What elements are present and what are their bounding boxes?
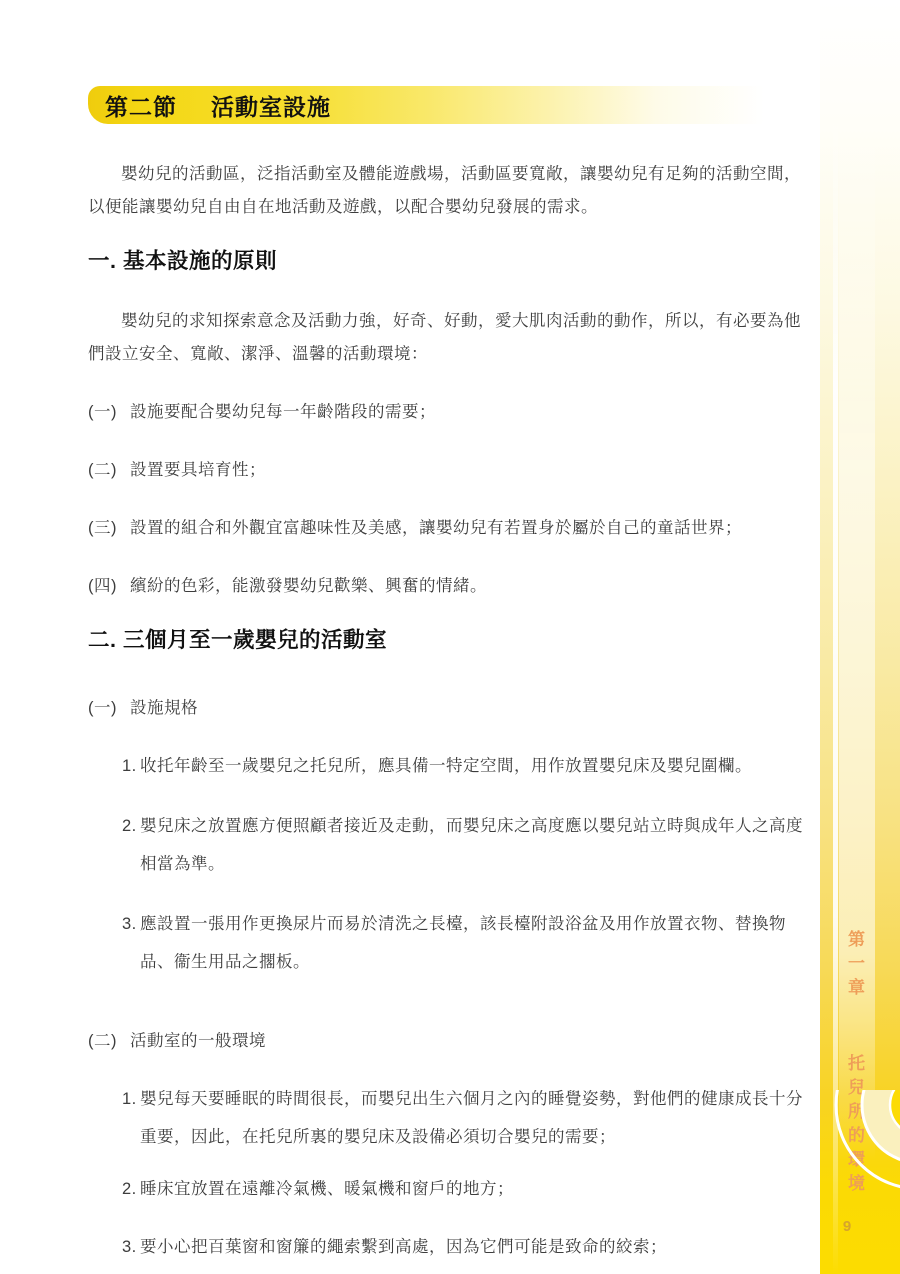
item-text: 嬰兒每天要睡眠的時間很長，而嬰兒出生六個月之內的睡覺姿勢，對他們的健康成長十分重… <box>140 1090 803 1146</box>
item-text: 要小心把百葉窗和窗簾的繩索繫到高處，因為它們可能是致命的絞索； <box>140 1238 667 1256</box>
list-item-text: 設施要配合嬰幼兒每一年齡階段的需要； <box>130 403 436 421</box>
item-number: 1. <box>122 1080 137 1118</box>
section-1-intro: 嬰幼兒的求知探索意念及活動力強，好奇、好動，愛大肌肉活動的動作，所以，有必要為他… <box>88 305 815 371</box>
list-item-label: (四) <box>88 570 117 603</box>
numbered-item: 1. 嬰兒每天要睡眠的時間很長，而嬰兒出生六個月之內的睡覺姿勢，對他們的健康成長… <box>88 1080 815 1156</box>
main-content: 嬰幼兒的活動區，泛指活動室及體能遊戲場，活動區要寬敞，讓嬰幼兒有足夠的活動空間，… <box>88 124 815 1266</box>
list-item: (四) 繽紛的色彩，能激發嬰幼兒歡樂、興奮的情緒。 <box>88 570 815 603</box>
list-item-text: 設置的組合和外觀宜富趣味性及美感，讓嬰幼兒有若置身於屬於自己的童話世界； <box>130 519 742 537</box>
numbered-item: 2. 嬰兒床之放置應方便照顧者接近及走動，而嬰兒床之高度應以嬰兒站立時與成年人之… <box>88 807 815 883</box>
document-page: 第一章 托兒所的環境 9 第二節 活動室設施 嬰幼兒的活動區，泛指活動室及體能遊… <box>0 0 900 1274</box>
item-number: 3. <box>122 905 137 943</box>
item-text: 睡床宜放置在遠離冷氣機、暖氣機和窗戶的地方； <box>140 1180 514 1198</box>
subsection-title: 活動室的一般環境 <box>130 1032 266 1050</box>
sidebar-stripe <box>833 0 838 1274</box>
list-item-label: (一) <box>88 396 117 429</box>
item-number: 1. <box>122 747 137 785</box>
subsection-label: (二) <box>88 1025 117 1058</box>
numbered-item: 1. 收托年齡至一歲嬰兒之托兒所，應具備一特定空間，用作放置嬰兒床及嬰兒圍欄。 <box>88 747 815 785</box>
section-label: 第二節 <box>105 89 177 122</box>
list-item: (二) 設置要具培育性； <box>88 454 815 487</box>
subsection-label: (一) <box>88 692 117 725</box>
item-text: 收托年齡至一歲嬰兒之托兒所，應具備一特定空間，用作放置嬰兒床及嬰兒圍欄。 <box>140 757 752 775</box>
list-item-label: (三) <box>88 512 117 545</box>
page-number: 9 <box>837 1218 857 1235</box>
section-1-heading: 一. 基本設施的原則 <box>88 244 815 275</box>
subsection-heading: (二) 活動室的一般環境 <box>88 1025 815 1058</box>
numbered-item: 3. 要小心把百葉窗和窗簾的繩索繫到高處，因為它們可能是致命的絞索； <box>88 1228 815 1266</box>
subsection-title: 設施規格 <box>130 699 198 717</box>
item-number: 3. <box>122 1228 137 1266</box>
section-2-heading: 二. 三個月至一歲嬰兒的活動室 <box>88 623 815 654</box>
chapter-number: 第一章 <box>845 930 864 1002</box>
corner-swoosh-decoration <box>820 1090 900 1274</box>
section-title: 活動室設施 <box>211 89 331 122</box>
section-banner: 第二節 活動室設施 <box>88 86 764 124</box>
list-item-text: 繽紛的色彩，能激發嬰幼兒歡樂、興奮的情緒。 <box>130 577 487 595</box>
item-text: 應設置一張用作更換尿片而易於清洗之長檯，該長檯附設浴盆及用作放置衣物、替換物品、… <box>140 915 786 971</box>
intro-paragraph: 嬰幼兒的活動區，泛指活動室及體能遊戲場，活動區要寬敞，讓嬰幼兒有足夠的活動空間，… <box>88 158 815 224</box>
list-item-label: (二) <box>88 454 117 487</box>
list-item: (三) 設置的組合和外觀宜富趣味性及美感，讓嬰幼兒有若置身於屬於自己的童話世界； <box>88 512 815 545</box>
item-number: 2. <box>122 807 137 845</box>
list-item: (一) 設施要配合嬰幼兒每一年齡階段的需要； <box>88 396 815 429</box>
subsection-heading: (一) 設施規格 <box>88 692 815 725</box>
numbered-item: 3. 應設置一張用作更換尿片而易於清洗之長檯，該長檯附設浴盆及用作放置衣物、替換… <box>88 905 815 981</box>
list-item-text: 設置要具培育性； <box>130 461 266 479</box>
chapter-sidebar: 第一章 托兒所的環境 9 <box>820 0 900 1274</box>
item-text: 嬰兒床之放置應方便照顧者接近及走動，而嬰兒床之高度應以嬰兒站立時與成年人之高度相… <box>140 817 803 873</box>
item-number: 2. <box>122 1170 137 1208</box>
numbered-item: 2. 睡床宜放置在遠離冷氣機、暖氣機和窗戶的地方； <box>88 1170 815 1208</box>
